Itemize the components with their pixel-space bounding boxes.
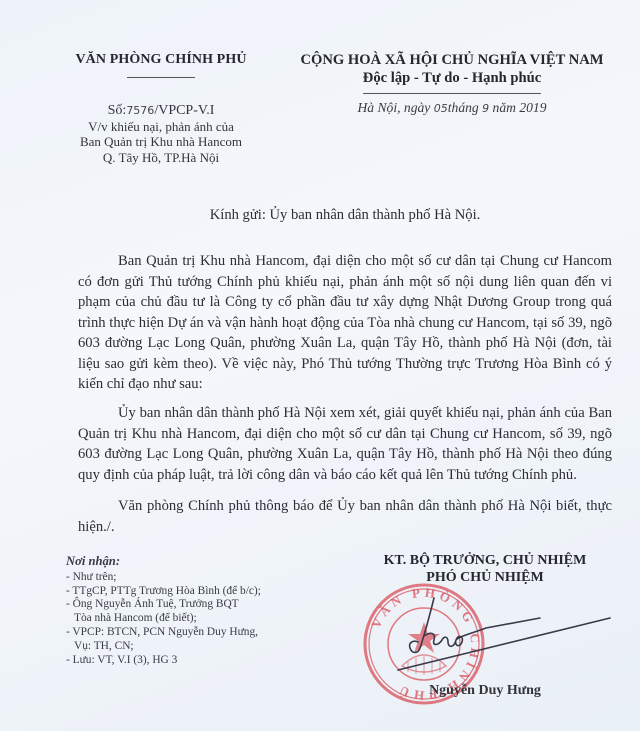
document-number: Số:7576/VPCP-V.I	[66, 103, 256, 119]
recipient-item: - Lưu: VT, V.I (3), HG 3	[66, 654, 356, 668]
signer-name: Nguyễn Duy Hưng	[350, 683, 620, 699]
national-motto: Độc lập - Tự do - Hạnh phúc	[276, 70, 628, 87]
motto-underline	[363, 93, 541, 94]
signature-block: KT. BỘ TRƯỞNG, CHỦ NHIỆM PHÓ CHỦ NHIỆM	[350, 553, 620, 586]
recipient-item: - Ông Nguyễn Ánh Tuệ, Trưởng BQT	[66, 598, 356, 612]
doc-number-suffix: /VPCP-V.I	[154, 103, 214, 118]
national-header-block: CỘNG HOÀ XÃ HỘI CHỦ NGHĨA VIỆT NAM Độc l…	[276, 52, 628, 116]
body-paragraph-3: Văn phòng Chính phủ thông báo để Ủy ban …	[78, 496, 612, 537]
date-month-label: tháng	[448, 100, 482, 115]
recipient-item: Vụ: TH, CN;	[66, 640, 356, 654]
recipient-item: Tòa nhà Hancom (để biết);	[66, 612, 356, 626]
recipients-title: Nơi nhận:	[66, 555, 356, 569]
agency-name: VĂN PHÒNG CHÍNH PHỦ	[66, 52, 256, 68]
document-date: Hà Nội, ngày 05tháng 9 năm 2019	[276, 100, 628, 116]
body-paragraph-2: Ủy ban nhân dân thành phố Hà Nội xem xét…	[78, 403, 612, 485]
signature-authority: KT. BỘ TRƯỞNG, CHỦ NHIỆM	[350, 553, 620, 569]
recipient-item: - Như trên;	[66, 571, 356, 585]
salutation: Kính gửi: Ủy ban nhân dân thành phố Hà N…	[60, 207, 630, 224]
recipients-list: Nơi nhận: - Như trên; - TTgCP, PTTg Trươ…	[66, 555, 356, 667]
nation-title: CỘNG HOÀ XÃ HỘI CHỦ NGHĨA VIỆT NAM	[276, 52, 628, 69]
recipient-item: - TTgCP, PTTg Trương Hòa Bình (để b/c);	[66, 585, 356, 599]
subject-line: Q. Tây Hồ, TP.Hà Nội	[66, 150, 256, 166]
signature-title: PHÓ CHỦ NHIỆM	[350, 570, 620, 586]
date-prefix: Hà Nội, ngày	[357, 100, 433, 115]
doc-number-prefix: Số:	[108, 103, 127, 118]
body-paragraph-1: Ban Quản trị Khu nhà Hancom, đại diện ch…	[78, 251, 612, 395]
date-day-handwritten: 05	[434, 102, 448, 115]
subject-line: V/v khiếu nại, phản ánh của	[66, 119, 256, 135]
recipient-item: - VPCP: BTCN, PCN Nguyễn Duy Hưng,	[66, 626, 356, 640]
subject-line: Ban Quản trị Khu nhà Hancom	[66, 134, 256, 150]
handwritten-signature	[390, 596, 620, 676]
doc-number-handwritten: 7576	[126, 104, 154, 117]
issuing-agency-block: VĂN PHÒNG CHÍNH PHỦ	[66, 52, 256, 78]
recipients-title-text: Nơi nhận	[66, 554, 116, 568]
document-reference: Số:7576/VPCP-V.I V/v khiếu nại, phản ánh…	[66, 103, 256, 165]
agency-underline	[127, 77, 195, 78]
date-year: năm 2019	[489, 100, 546, 115]
